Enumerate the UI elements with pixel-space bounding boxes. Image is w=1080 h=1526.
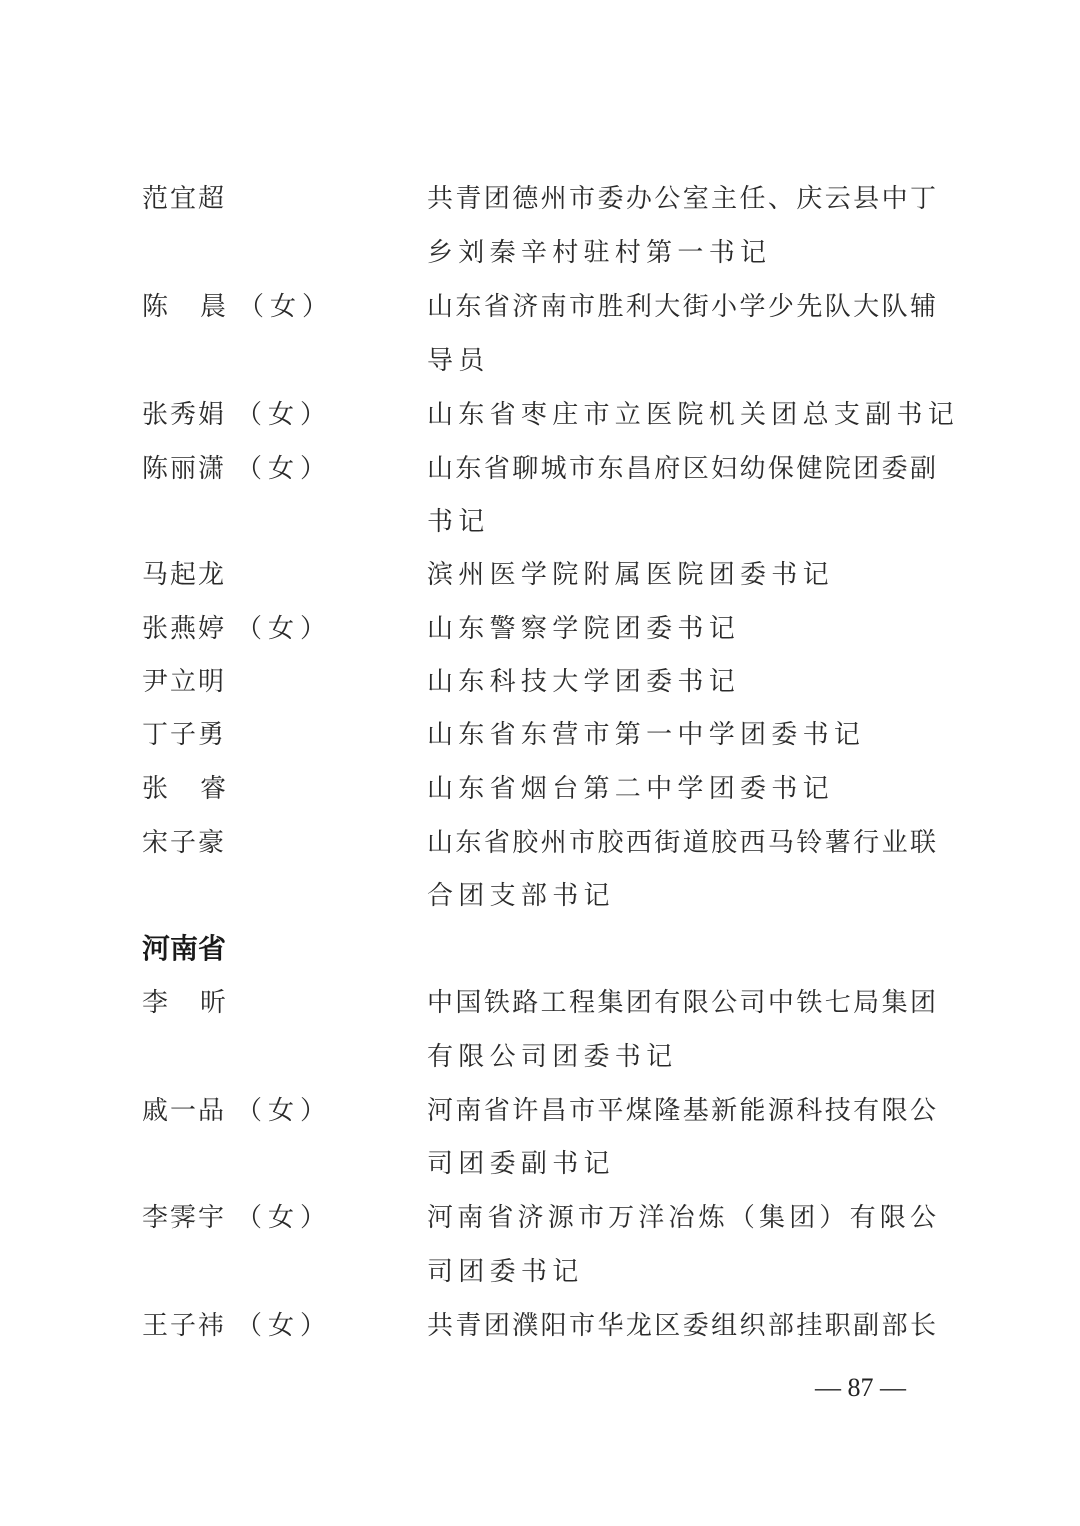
name-text: 昕 [200, 988, 228, 1018]
gender-label: （女） [236, 1203, 332, 1233]
section-heading: 河南省 [142, 922, 226, 976]
org-line: 导员 [427, 334, 937, 388]
name-text: 王子祎 [142, 1311, 226, 1341]
name-text: 戚一品 [142, 1096, 226, 1126]
org-line: 共青团德州市委办公室主任、庆云县中丁 [427, 172, 937, 226]
person-name: 张秀娟（女） [142, 388, 332, 442]
org-line: 滨州医学院附属医院团委书记 [427, 548, 937, 602]
person-name: 李昕 [142, 976, 228, 1030]
org-line: 山东省聊城市东昌府区妇幼保健院团委副 [427, 442, 937, 496]
person-name: 张燕婷（女） [142, 602, 332, 656]
org-line: 山东科技大学团委书记 [427, 655, 937, 709]
org-line: 司团委副书记 [427, 1137, 937, 1191]
org-line: 乡刘秦辛村驻村第一书记 [427, 226, 937, 280]
page-number: — 87 — [815, 1368, 906, 1408]
org-line: 山东省胶州市胶西街道胶西马铃薯行业联 [427, 816, 937, 870]
name-text: 李霁宇 [142, 1203, 226, 1233]
gender-label: （女） [236, 614, 332, 644]
org-line: 有限公司团委书记 [427, 1030, 937, 1084]
name-text: 晨 [200, 292, 228, 322]
name-text: 陈丽潇 [142, 454, 226, 484]
org-line: 河南省济源市万洋冶炼（集团）有限公 [427, 1191, 937, 1245]
person-name: 张睿 [142, 762, 228, 816]
org-line: 山东警察学院团委书记 [427, 602, 937, 656]
name-text: 尹立明 [142, 667, 226, 697]
person-name: 李霁宇（女） [142, 1191, 332, 1245]
org-line: 山东省东营市第一中学团委书记 [427, 708, 937, 762]
gender-label: （女） [236, 1096, 332, 1126]
person-name: 戚一品（女） [142, 1084, 332, 1138]
org-line: 山东省枣庄市立医院机关团总支副书记 [427, 388, 937, 442]
document-page: 范宜超 共青团德州市委办公室主任、庆云县中丁 乡刘秦辛村驻村第一书记 陈晨（女）… [0, 0, 1080, 1526]
person-name: 陈晨（女） [142, 280, 334, 334]
name-text: 马起龙 [142, 560, 226, 590]
name-text: 范宜超 [142, 184, 226, 214]
person-name: 马起龙 [142, 548, 226, 602]
person-name: 宋子豪 [142, 816, 226, 870]
person-name: 陈丽潇（女） [142, 442, 332, 496]
person-name: 丁子勇 [142, 708, 226, 762]
gender-label: （女） [236, 400, 332, 430]
name-text: 睿 [200, 774, 228, 804]
name-text: 张秀娟 [142, 400, 226, 430]
person-name: 尹立明 [142, 655, 226, 709]
org-line: 司团委书记 [427, 1245, 937, 1299]
name-text: 宋子豪 [142, 828, 226, 858]
org-line: 合团支部书记 [427, 869, 937, 923]
org-line: 中国铁路工程集团有限公司中铁七局集团 [427, 976, 937, 1030]
person-name: 王子祎（女） [142, 1299, 332, 1353]
name-text: 张 [142, 774, 170, 804]
person-name: 范宜超 [142, 172, 226, 226]
org-line: 山东省烟台第二中学团委书记 [427, 762, 937, 816]
org-line: 书记 [427, 495, 937, 549]
name-text: 李 [142, 988, 170, 1018]
org-line: 山东省济南市胜利大街小学少先队大队辅 [427, 280, 937, 334]
gender-label: （女） [238, 292, 334, 322]
name-text: 张燕婷 [142, 614, 226, 644]
gender-label: （女） [236, 454, 332, 484]
name-text: 丁子勇 [142, 720, 226, 750]
name-text: 陈 [142, 292, 170, 322]
org-line: 河南省许昌市平煤隆基新能源科技有限公 [427, 1084, 937, 1138]
gender-label: （女） [236, 1311, 332, 1341]
org-line: 共青团濮阳市华龙区委组织部挂职副部长 [427, 1299, 937, 1353]
